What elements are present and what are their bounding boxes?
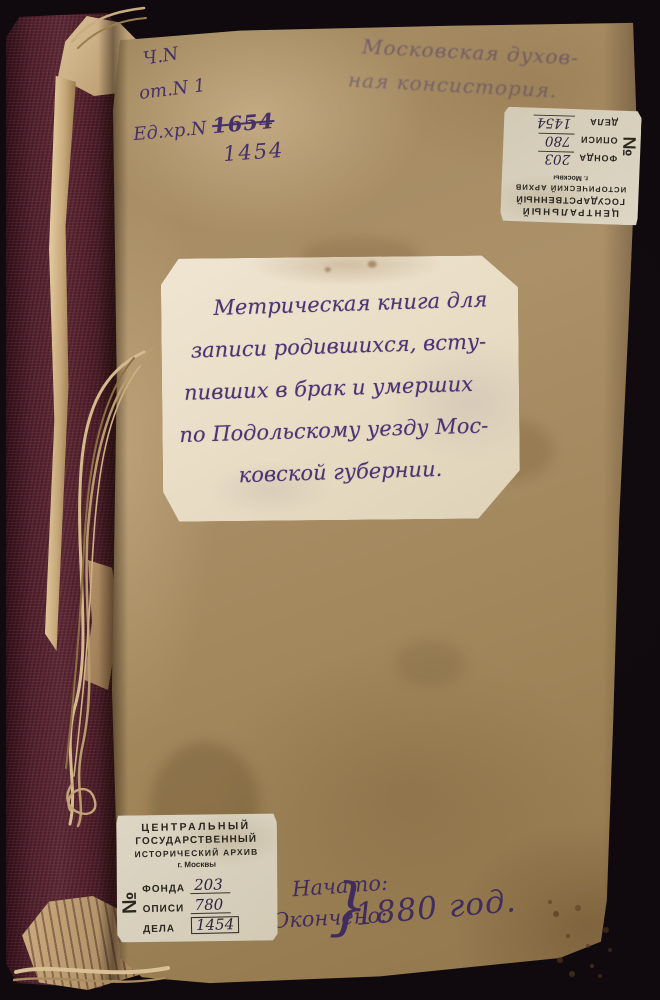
opis-value: 780 <box>538 133 574 148</box>
archive-stamp-bottom: ЦЕНТРАЛЬНЫЙ ГОСУДАРСТВЕННЫЙ ИСТОРИЧЕСКИЙ… <box>115 812 280 943</box>
stamp-org-city: г. Москвы <box>122 858 272 870</box>
new-number: 1454 <box>222 138 285 166</box>
opis-value: 780 <box>190 897 230 914</box>
opis-label: ОПИСИ <box>574 134 617 145</box>
delo-label: ДЕЛА <box>575 116 618 127</box>
title-text: Метрическая книга для записи родившихся,… <box>177 278 503 498</box>
stamp-org-line: ИСТОРИЧЕСКИЙ АРХИВ <box>121 846 271 859</box>
delo-label: ДЕЛА <box>143 923 191 935</box>
stamp-org-line: ЦЕНТРАЛЬНЫЙ <box>506 205 634 219</box>
numero-sign: № <box>119 897 142 913</box>
archive-stamp-top: ЦЕНТРАЛЬНЫЙ ГОСУДАРСТВЕННЫЙ ИСТОРИЧЕСКИЙ… <box>500 107 642 226</box>
delo-value: 1454 <box>191 916 240 934</box>
fond-label: ФОНДА <box>142 883 190 895</box>
loose-string-bottom <box>12 950 172 994</box>
stamp-org-line: ГОСУДАРСТВЕННЫЙ <box>121 833 271 847</box>
label-stain-dot <box>325 267 331 272</box>
fond-value: 203 <box>538 151 574 166</box>
fond-label: ФОНДА <box>574 152 617 163</box>
opis-label: ОПИСИ <box>143 903 191 915</box>
title-label: Метрическая книга для записи родившихся,… <box>161 255 521 522</box>
book-cover-photo: Ч.N от.N 1 Ед.хр.N 1654 1454 Московская … <box>0 0 660 1000</box>
title-line: ковской губернии. <box>238 446 503 496</box>
numero-sign: № <box>618 137 639 152</box>
label-stain-dot <box>368 261 377 268</box>
stamp-org-line: ЦЕНТРАЛЬНЫЙ <box>121 819 271 834</box>
delo-value: 1454 <box>533 115 575 130</box>
string-tuft-top <box>66 2 150 52</box>
ink-speckles <box>548 900 552 904</box>
binding-strings <box>22 346 172 836</box>
fond-value: 203 <box>190 877 230 894</box>
